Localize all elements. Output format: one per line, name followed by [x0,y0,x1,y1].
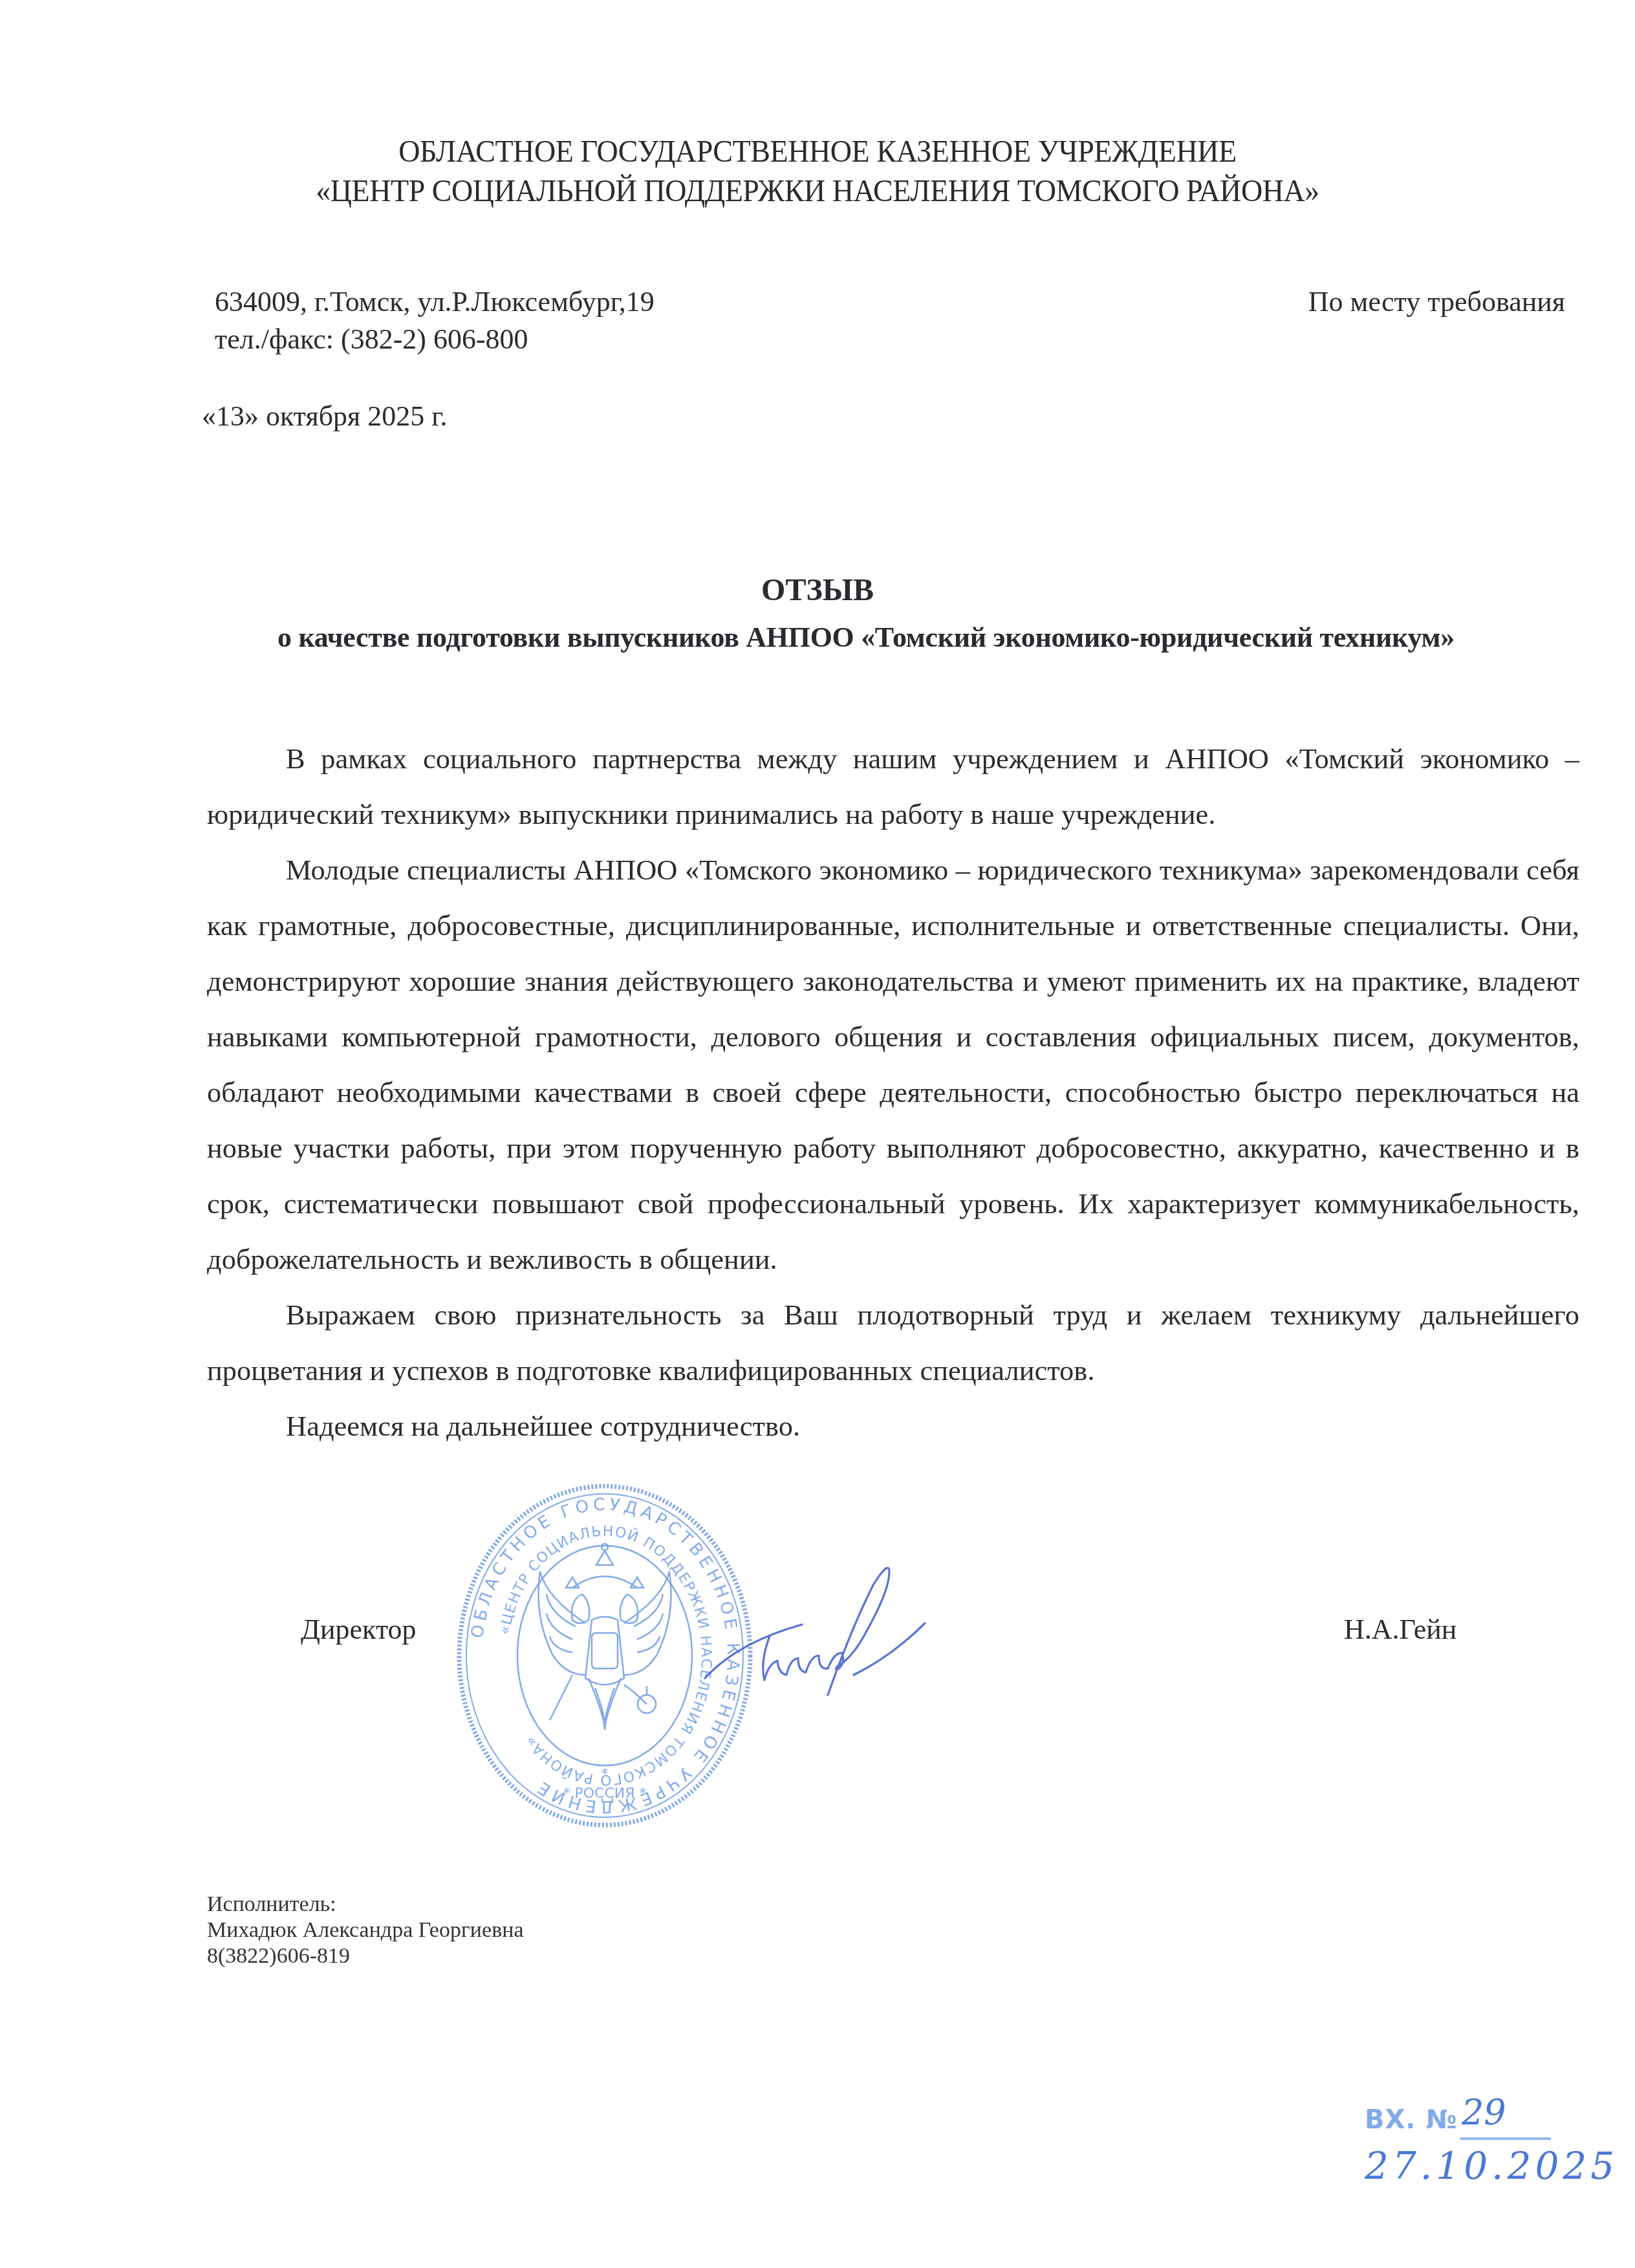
org-header-line-1: ОБЛАСТНОЕ ГОСУДАРСТВЕННОЕ КАЗЕННОЕ УЧРЕЖ… [33,134,1603,169]
executor-name: Михадюк Александра Георгиевна [207,1917,523,1943]
eagle-emblem-icon [539,1544,671,1730]
body-paragraph: В рамках социального партнерства между н… [207,731,1579,842]
seal-bottom-text: * РОССИЯ * [563,1786,646,1802]
executor-label: Исполнитель: [207,1892,523,1917]
incoming-date: 27.10.2025 [1365,2144,1618,2188]
executor-phone: 8(3822)606-819 [207,1943,523,1969]
handwritten-signature-icon [698,1565,983,1714]
svg-text:«ЦЕНТР СОЦИАЛЬНОЙ ПОДДЕРЖКИ НА: «ЦЕНТР СОЦИАЛЬНОЙ ПОДДЕРЖКИ НАСЕЛЕНИЯ ТО… [497,1524,714,1787]
incoming-number: 29 [1462,2092,1506,2133]
svg-text:*: * [601,1766,609,1782]
executor-block: Исполнитель: Михадюк Александра Георгиев… [207,1892,523,1969]
body-paragraph: Надеемся на дальнейшее сотрудничество. [207,1398,1579,1454]
signatory-name: Н.А.Гейн [1344,1613,1456,1646]
org-header-line-2: «ЦЕНТР СОЦИАЛЬНОЙ ПОДДЕРЖКИ НАСЕЛЕНИЯ ТО… [33,173,1603,209]
letter-body: В рамках социального партнерства между н… [207,731,1579,1454]
signatory-position: Директор [301,1613,417,1646]
sender-phone: тел./факс: (382-2) 606-800 [215,321,655,358]
document-date: «13» октября 2025 г. [202,398,447,435]
body-paragraph: Выражаем свою признательность за Ваш пло… [207,1287,1579,1398]
incoming-label: ВХ. № [1365,2105,1458,2135]
sender-address: 634009, г.Томск, ул.Р.Люксембург,19 [215,283,655,321]
incoming-registration-stamp: ВХ. № 29 27.10.2025 [1365,2092,1623,2196]
recipient: По месту требования [1308,283,1565,321]
body-paragraph: Молодые специалисты АНПОО «Томского экон… [207,842,1579,1287]
document-title: ОТЗЫВ [0,572,1635,608]
document-subtitle: о качестве подготовки выпускников АНПОО … [0,621,1635,654]
number-underline [1460,2137,1551,2140]
sender-block: 634009, г.Томск, ул.Р.Люксембург,19 тел.… [215,283,655,358]
